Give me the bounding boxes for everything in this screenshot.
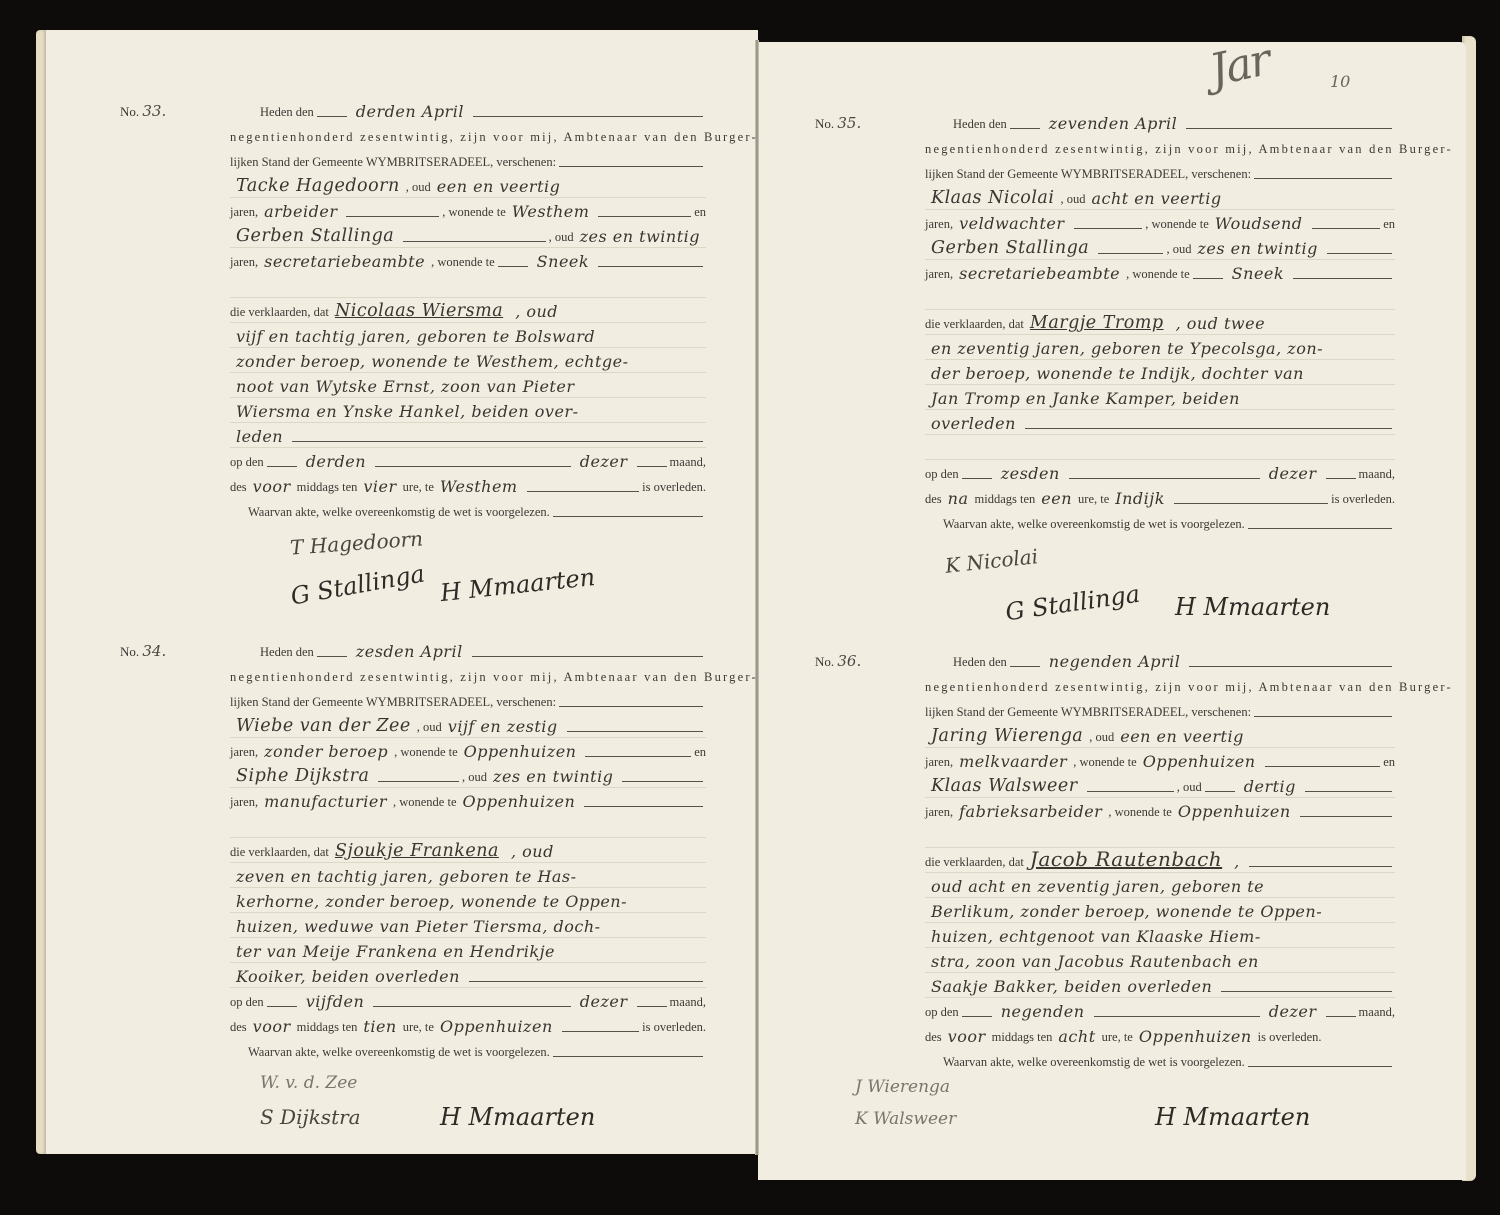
deceased-name: Nicolaas Wiersma [329, 301, 509, 322]
date-line: Heden denderden April [230, 98, 706, 123]
signature: S Dijkstra [260, 1105, 361, 1129]
signatures: T Hagedoorn G Stallinga H Mmaarten [230, 523, 706, 633]
deceased-name: Margje Tromp [1024, 313, 1170, 334]
declaration-line: die verklaarden, datNicolaas Wiersma, ou… [230, 298, 706, 323]
death-date-line: op denderdendezermaand, [230, 448, 706, 473]
signature: G Stallinga [289, 559, 427, 610]
witness1-line: Tacke Hagedoorn, oudeen en veertig [230, 173, 706, 198]
signature: W. v. d. Zee [260, 1073, 357, 1093]
record-number: No. 35. [815, 114, 861, 132]
record-date: zevenden April [1043, 114, 1184, 134]
record-date: negenden April [1043, 652, 1187, 672]
signatures: K Nicolai G Stallinga H Mmaarten [925, 535, 1395, 645]
record-number: No. 36. [815, 652, 861, 670]
signature: K Walsweer [855, 1109, 956, 1129]
page-number: 10 [1330, 72, 1350, 91]
deceased-name: Jacob Rautenbach [1024, 847, 1228, 872]
signature: K Nicolai [944, 544, 1039, 578]
signatures: W. v. d. Zee S Dijkstra H Mmaarten [230, 1063, 706, 1173]
death-record-36: No. 36. Heden dennegenden April negentie… [925, 648, 1395, 1183]
signature: H Mmaarten [1175, 593, 1330, 621]
signatures: J Wierenga K Walsweer H Mmaarten [855, 1073, 1395, 1183]
record-number: No. 33. [120, 102, 166, 120]
death-record-35: No. 35. Heden denzevenden April negentie… [925, 110, 1395, 645]
signature: H Mmaarten [440, 1103, 595, 1131]
record-date: derden April [350, 102, 470, 122]
signature: H Mmaarten [439, 563, 596, 607]
record-number: No. 34. [120, 642, 166, 660]
witness2-line: Gerben Stallinga, oudzes en twintig [230, 223, 706, 248]
record-date: zesden April [350, 642, 469, 662]
left-page-edge [36, 30, 46, 1154]
signature: J Wierenga [855, 1077, 950, 1097]
death-record-34: No. 34. Heden denzesden April negentienh… [230, 638, 706, 1173]
signature: T Hagedoorn [289, 526, 423, 559]
deceased-name: Sjoukje Frankena [329, 841, 505, 862]
signature: G Stallinga [1004, 580, 1142, 627]
death-record-33: No. 33. Heden denderden April negentienh… [230, 98, 706, 633]
death-time-line: desvoormiddags tenvierure, teWesthemis o… [230, 473, 706, 498]
signature: H Mmaarten [1155, 1103, 1310, 1131]
book-gutter [755, 40, 759, 1155]
